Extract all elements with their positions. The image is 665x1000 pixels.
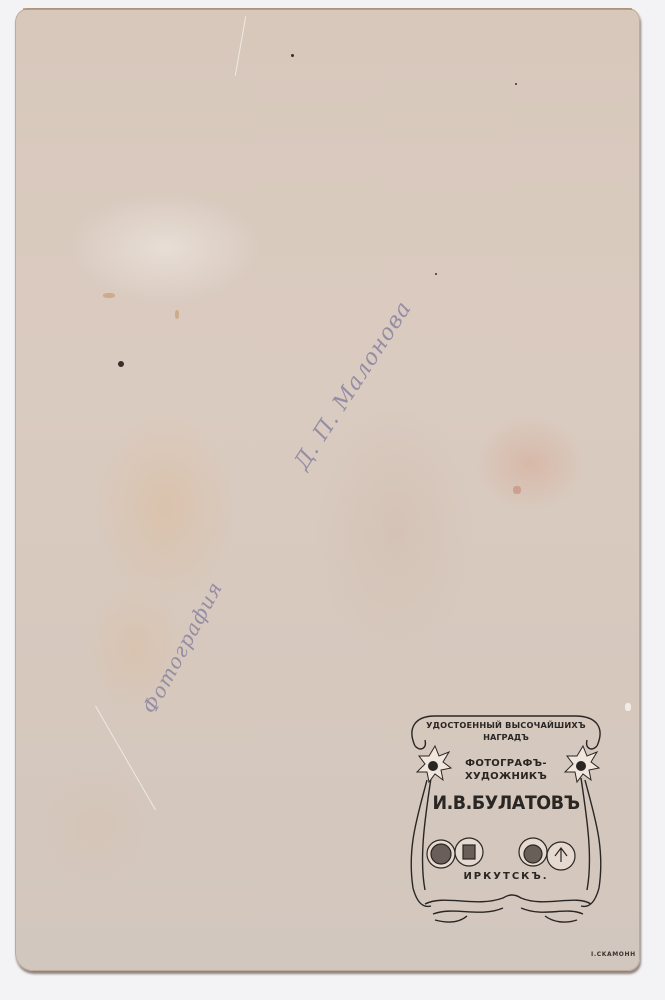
speck bbox=[515, 83, 517, 85]
award-text: УДОСТОЕННЫЙ ВЫСОЧАЙШИХЪ bbox=[405, 720, 607, 730]
crease bbox=[235, 16, 246, 75]
speck bbox=[291, 54, 294, 57]
title-text-2: ХУДОЖНИКЪ bbox=[405, 771, 607, 782]
medals-icon bbox=[427, 838, 575, 870]
photographer-name: И.В.БУЛАТОВЪ bbox=[413, 792, 599, 814]
card-edge bbox=[23, 8, 632, 10]
stain bbox=[103, 293, 115, 298]
title-text: ФОТОГРАФЪ- bbox=[405, 758, 607, 769]
award-text-2: НАГРАДЪ bbox=[405, 732, 607, 742]
photographer-stamp: УДОСТОЕННЫЙ ВЫСОЧАЙШИХЪ НАГРАДЪ ФОТОГРАФ… bbox=[405, 708, 607, 930]
city-name: ИРКУТСКЪ. bbox=[405, 871, 607, 882]
stain bbox=[625, 703, 631, 711]
speck bbox=[435, 273, 437, 275]
stain bbox=[513, 486, 521, 494]
crease bbox=[95, 706, 156, 810]
printer-mark: I.CKAMOHH bbox=[591, 951, 636, 958]
stain bbox=[175, 310, 179, 319]
speck bbox=[118, 361, 124, 367]
